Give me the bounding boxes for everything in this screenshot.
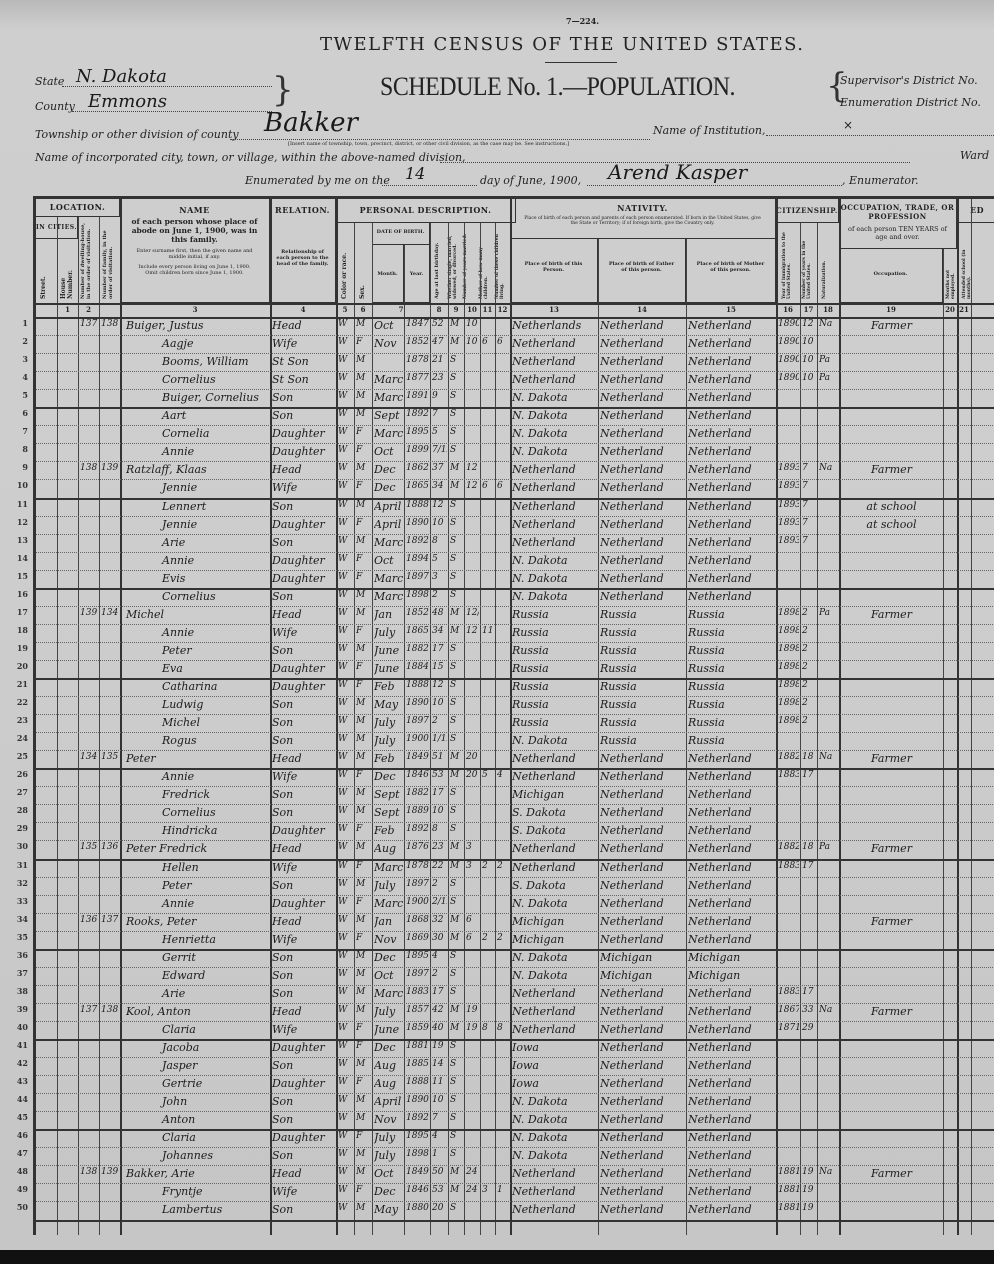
cell-pob-father: Netherland: [600, 518, 685, 531]
cell-year: 1897: [406, 716, 429, 726]
table-row[interactable]: AnnieDaughterWFOct18945SN. DakotaNetherl…: [36, 552, 994, 570]
cell-pob-mother: Netherland: [688, 319, 775, 332]
cell-sex: M: [356, 806, 371, 816]
cell-name: Buiger, Cornelius: [122, 391, 269, 404]
cell-marital: S: [450, 391, 463, 401]
table-row[interactable]: PeterSonWMJune188217SRussiaRussiaRussia1…: [36, 642, 994, 660]
table-row[interactable]: JennieWifeWFDec186534M1266NetherlandNeth…: [36, 479, 994, 497]
cell-year: 1859: [406, 1023, 429, 1033]
line-number: 37: [8, 968, 28, 978]
table-row[interactable]: Buiger, CorneliusSonWMMarch18919SN. Dako…: [36, 389, 994, 407]
cell-year: 1846: [406, 770, 429, 780]
column-number: 4: [270, 305, 336, 314]
header-occupation: OCCUPATION, TRADE, OR PROFESSION of each…: [839, 199, 957, 249]
cell-color: W: [338, 1095, 353, 1105]
cell-natur: Pa: [819, 842, 838, 852]
cell-age: 21: [432, 355, 447, 365]
cell-pob: Russia: [512, 608, 597, 621]
cell-year: 1895: [406, 427, 429, 437]
cell-natur: Na: [819, 1005, 838, 1015]
line-number: 38: [8, 986, 28, 996]
table-row[interactable]: LambertusSonWMMay188020SNetherlandNether…: [36, 1201, 994, 1219]
cell-pob-mother: Michigan: [688, 951, 775, 964]
cell-relation: Head: [272, 842, 335, 855]
cell-mother-of: 2: [482, 933, 494, 943]
day-label: day of June, 1900,: [480, 174, 581, 187]
township-value: Bakker: [264, 108, 358, 138]
cell-relation: Son: [272, 1149, 335, 1162]
cell-sex: M: [356, 1113, 371, 1123]
cell-pob-father: Netherland: [600, 1203, 685, 1216]
cell-age: 10: [432, 518, 447, 528]
line-number: 7: [8, 426, 28, 436]
line-number: 3: [8, 354, 28, 364]
cell-age: 4: [432, 1131, 447, 1141]
cell-age: 3: [432, 572, 447, 582]
table-row[interactable]: PeterSonWMJuly18972SS. DakotaNetherlandN…: [36, 877, 994, 895]
cell-marital: S: [450, 987, 463, 997]
cell-dwelling: 137: [80, 1005, 98, 1015]
line-number: 2: [8, 336, 28, 346]
cell-pob: N. Dakota: [512, 734, 597, 747]
cell-immig: 1893: [778, 500, 799, 510]
cell-month: Jan: [374, 608, 403, 621]
header-months-unemployed: Months not employed.: [946, 251, 956, 299]
line-number: 28: [8, 805, 28, 815]
table-row[interactable]: HellenWifeWFMarch187822M322NetherlandNet…: [36, 859, 994, 877]
cell-marital: S: [450, 680, 463, 690]
cell-pob: Russia: [512, 662, 597, 675]
line-number: 23: [8, 715, 28, 725]
table-row[interactable]: Booms, WilliamSt SonWM187821SNetherlandN…: [36, 353, 994, 371]
cell-color: W: [338, 1131, 353, 1141]
table-row[interactable]: 134135PeterHeadWMFeb184951M20NetherlandN…: [36, 750, 994, 768]
cell-color: W: [338, 698, 353, 708]
table-row[interactable]: 138139Ratzlaff, KlaasHeadWMDec186237M12N…: [36, 461, 994, 479]
column-number: 1: [57, 305, 78, 314]
cell-marital: M: [450, 861, 463, 871]
cell-age: 19: [432, 1041, 447, 1051]
header-house-number: House Number.: [60, 249, 74, 299]
cell-relation: Daughter: [272, 1131, 335, 1144]
cell-age: 10: [432, 698, 447, 708]
header-color: Color or race.: [341, 239, 348, 299]
cell-relation: Wife: [272, 481, 335, 494]
header-name: NAME of each person whose place of abode…: [120, 199, 270, 303]
cell-name: Arie: [122, 987, 269, 1000]
cell-immig: 1893: [778, 536, 799, 546]
table-row[interactable]: ClariaWifeWFJune185940M1988NetherlandNet…: [36, 1021, 994, 1039]
cell-name: Buiger, Justus: [122, 319, 269, 332]
cell-age: 40: [432, 1023, 447, 1033]
cell-age: 2: [432, 879, 447, 889]
cell-name: John: [122, 1095, 269, 1108]
cell-living: 6: [497, 337, 509, 347]
cell-pob-father: Netherland: [600, 445, 685, 458]
cell-pob-mother: Russia: [688, 716, 775, 729]
cell-marital: M: [450, 463, 463, 473]
cell-yrs-us: 2: [802, 608, 816, 618]
cell-pob-mother: Russia: [688, 626, 775, 639]
table-row[interactable]: CatharinaDaughterWFFeb188812SRussiaRussi…: [36, 678, 994, 696]
line-number: 19: [8, 643, 28, 653]
table-row[interactable]: ClariaDaughterWFJuly18954SN. DakotaNethe…: [36, 1129, 994, 1147]
cell-sex: M: [356, 915, 371, 925]
table-row[interactable]: FredrickSonWMSept188217SMichiganNetherla…: [36, 786, 994, 804]
cell-relation: Daughter: [272, 445, 335, 458]
cell-pob-mother: Netherland: [688, 427, 775, 440]
cell-pob: Russia: [512, 716, 597, 729]
cell-marital: S: [450, 897, 463, 907]
cell-pob-mother: Netherland: [688, 1167, 775, 1180]
cell-year: 1890: [406, 518, 429, 528]
cell-pob: Russia: [512, 680, 597, 693]
cell-mother-of: 2: [482, 861, 494, 871]
enumerated-day: 14: [405, 164, 425, 183]
cell-color: W: [338, 1185, 353, 1195]
cell-name: Kool, Anton: [122, 1005, 269, 1018]
cell-marital: S: [450, 1041, 463, 1051]
cell-name: Fredrick: [122, 788, 269, 801]
cell-marital: M: [450, 752, 463, 762]
line-number: 16: [8, 589, 28, 599]
cell-living: 2: [497, 861, 509, 871]
enumerator-line: [587, 185, 842, 186]
cell-relation: Son: [272, 969, 335, 982]
cell-color: W: [338, 427, 353, 437]
cell-dwelling: 134: [80, 752, 98, 762]
cell-age: 17: [432, 987, 447, 997]
table-row[interactable]: HenriettaWifeWFNov186930M622MichiganNeth…: [36, 931, 994, 949]
cell-occupation: Farmer: [841, 915, 942, 928]
cell-yrs-married: 24: [466, 1185, 479, 1195]
cell-pob-mother: Netherland: [688, 590, 775, 603]
line-number: 14: [8, 553, 28, 563]
cell-name: Cornelia: [122, 427, 269, 440]
cell-pob-mother: Netherland: [688, 770, 775, 783]
cell-month: March: [374, 373, 403, 386]
cell-color: W: [338, 1203, 353, 1213]
cell-yrs-us: 2: [802, 716, 816, 726]
cell-pob: N. Dakota: [512, 391, 597, 404]
cell-name: Jennie: [122, 518, 269, 531]
cell-pob: Netherland: [512, 1167, 597, 1180]
cell-sex: F: [356, 770, 371, 780]
cell-family: 139: [101, 463, 119, 473]
cell-year: 1849: [406, 1167, 429, 1177]
table-row[interactable]: EvisDaughterWFMarch18973SN. DakotaNether…: [36, 570, 994, 588]
cell-sex: M: [356, 463, 371, 473]
table-row[interactable]: AnnieDaughterWFOct18997/12SN. DakotaNeth…: [36, 443, 994, 461]
cell-month: Dec: [374, 481, 403, 494]
table-row[interactable]: ArieSonWMMarch188317SNetherlandNetherlan…: [36, 985, 994, 1003]
header-citizenship: CITIZENSHIP.: [776, 199, 839, 223]
cell-pob: Netherland: [512, 481, 597, 494]
cell-sex: M: [356, 879, 371, 889]
cell-year: 1883: [406, 987, 429, 997]
cell-sex: M: [356, 1059, 371, 1069]
table-row[interactable]: AnnieWifeWFDec184653M2054NetherlandNethe…: [36, 768, 994, 786]
cell-pob: N. Dakota: [512, 1131, 597, 1144]
cell-pob-mother: Netherland: [688, 500, 775, 513]
cell-living: 6: [497, 481, 509, 491]
table-row[interactable]: RogusSonWMJuly19001/12SN. DakotaRussiaRu…: [36, 732, 994, 750]
cell-month: Dec: [374, 463, 403, 476]
cell-relation: Head: [272, 752, 335, 765]
cell-month: Nov: [374, 933, 403, 946]
table-row[interactable]: GertrieDaughterWFAug188811SIowaNetherlan…: [36, 1075, 994, 1093]
cell-marital: S: [450, 1077, 463, 1087]
cell-color: W: [338, 734, 353, 744]
cell-pob-father: Netherland: [600, 788, 685, 801]
cell-natur: Na: [819, 752, 838, 762]
cell-pob-father: Russia: [600, 644, 685, 657]
cell-pob-mother: Netherland: [688, 355, 775, 368]
cell-pob-mother: Netherland: [688, 1023, 775, 1036]
table-row[interactable]: 139134MichelHeadWMJan185248M12/20RussiaR…: [36, 606, 994, 624]
column-number: 18: [817, 305, 839, 314]
header-family-number: Number of family, in the order of visita…: [102, 219, 114, 299]
cell-living: 2: [497, 933, 509, 943]
table-row[interactable]: JennieDaughterWFApril189010SNetherlandNe…: [36, 516, 994, 534]
cell-sex: F: [356, 337, 371, 347]
cell-age: 53: [432, 770, 447, 780]
cell-sex: F: [356, 1185, 371, 1195]
cell-occupation: Farmer: [841, 1005, 942, 1018]
cell-relation: Daughter: [272, 1041, 335, 1054]
cell-yrs-married: 19: [466, 1023, 479, 1033]
cell-immig: 1898: [778, 626, 799, 636]
cell-sex: M: [356, 355, 371, 365]
cell-pob: Iowa: [512, 1077, 597, 1090]
cell-family: 137: [101, 915, 119, 925]
cell-month: Dec: [374, 951, 403, 964]
cell-sex: F: [356, 445, 371, 455]
cell-name: Aart: [122, 409, 269, 422]
cell-pob-father: Netherland: [600, 355, 685, 368]
cell-month: Nov: [374, 337, 403, 350]
cell-yrs-us: 17: [802, 770, 816, 780]
cell-pob: Netherland: [512, 1023, 597, 1036]
column-number: 3: [120, 305, 270, 314]
cell-marital: S: [450, 518, 463, 528]
cell-sex: F: [356, 554, 371, 564]
cell-relation: Son: [272, 951, 335, 964]
table-row[interactable]: 137138Buiger, JustusHeadWMOct184752M10Ne…: [36, 317, 994, 335]
table-row[interactable]: AnnieWifeWFJuly186534M1211RussiaRussiaRu…: [36, 624, 994, 642]
cell-pob-mother: Michigan: [688, 969, 775, 982]
line-number: 11: [8, 499, 28, 509]
cell-yrs-us: 17: [802, 987, 816, 997]
cell-pob: Netherland: [512, 373, 597, 386]
table-row[interactable]: AagjeWifeWFNov185247M1066NetherlandNethe…: [36, 335, 994, 353]
header-date-of-birth: DATE OF BIRTH.: [372, 223, 430, 245]
table-row[interactable]: LennertSonWMApril188812SNetherlandNether…: [36, 498, 994, 516]
cell-year: 1889: [406, 806, 429, 816]
cell-age: 9: [432, 391, 447, 401]
cell-year: 1846: [406, 1185, 429, 1195]
table-row[interactable]: LudwigSonWMMay189010SRussiaRussiaRussia1…: [36, 696, 994, 714]
table-row[interactable]: CorneliusSonWMMarch18982SN. DakotaNether…: [36, 588, 994, 606]
cell-pob-father: Netherland: [600, 824, 685, 837]
cell-name: Lambertus: [122, 1203, 269, 1216]
cell-sex: M: [356, 373, 371, 383]
cell-year: 1897: [406, 572, 429, 582]
table-row[interactable]: AartSonWMSept18927SN. DakotaNetherlandNe…: [36, 407, 994, 425]
cell-marital: M: [450, 337, 463, 347]
cell-pob-father: Russia: [600, 608, 685, 621]
cell-month: July: [374, 879, 403, 892]
line-number: 49: [8, 1184, 28, 1194]
cell-year: 1881: [406, 1041, 429, 1051]
header-dwelling-number: Number of dwelling-house, in the order o…: [80, 219, 92, 299]
cell-marital: S: [450, 355, 463, 365]
cell-mother-of: 6: [482, 337, 494, 347]
cell-sex: M: [356, 536, 371, 546]
table-row[interactable]: 135136Peter FredrickHeadWMAug187623M3Net…: [36, 840, 994, 858]
line-number: 9: [8, 462, 28, 472]
cell-year: 1892: [406, 1113, 429, 1123]
cell-sex: F: [356, 1077, 371, 1087]
cell-sex: M: [356, 951, 371, 961]
cell-natur: Na: [819, 463, 838, 473]
table-row[interactable]: EdwardSonWMOct18972SN. DakotaMichiganMic…: [36, 967, 994, 985]
cell-age: 50: [432, 1167, 447, 1177]
table-row[interactable]: FryntjeWifeWFDec184653M2431NetherlandNet…: [36, 1183, 994, 1201]
cell-pob-father: Michigan: [600, 951, 685, 964]
cell-name: Jasper: [122, 1059, 269, 1072]
cell-immig: 1890: [778, 337, 799, 347]
cell-relation: Head: [272, 1167, 335, 1180]
cell-pob: N. Dakota: [512, 897, 597, 910]
line-number: 46: [8, 1130, 28, 1140]
cell-pob: N. Dakota: [512, 951, 597, 964]
cell-age: 2: [432, 590, 447, 600]
cell-yrs-us: 7: [802, 518, 816, 528]
table-row[interactable]: JacobaDaughterWFDec188119SIowaNetherland…: [36, 1039, 994, 1057]
cell-name: Annie: [122, 554, 269, 567]
supervisor-district-label: Supervisor's District No.: [840, 74, 978, 87]
table-row[interactable]: CorneliaDaughterWFMarch18955SN. DakotaNe…: [36, 425, 994, 443]
cell-name: Cornelius: [122, 590, 269, 603]
institution-mark: ×: [843, 118, 853, 132]
table-row[interactable]: EvaDaughterWFJune188415SRussiaRussiaRuss…: [36, 660, 994, 678]
cell-yrs-married: 12: [466, 481, 479, 491]
cell-pob: N. Dakota: [512, 969, 597, 982]
cell-age: 5: [432, 427, 447, 437]
cell-year: 1900: [406, 734, 429, 744]
cell-relation: Son: [272, 590, 335, 603]
table-row[interactable]: GerritSonWMDec18954SN. DakotaMichiganMic…: [36, 949, 994, 967]
population-table: LOCATION. IN CITIES. NAME of each person…: [33, 196, 994, 1235]
table-row[interactable]: HindrickaDaughterWFFeb18928SS. DakotaNet…: [36, 822, 994, 840]
state-label: State: [35, 75, 64, 88]
cell-immig: 1893: [778, 481, 799, 491]
cell-pob-father: Netherland: [600, 1185, 685, 1198]
cell-month: March: [374, 427, 403, 440]
cell-color: W: [338, 1005, 353, 1015]
table-row[interactable]: 136137Rooks, PeterHeadWMJan186832M6Michi…: [36, 913, 994, 931]
cell-marital: S: [450, 1203, 463, 1213]
cell-sex: M: [356, 698, 371, 708]
cell-immig: 1883: [778, 987, 799, 997]
cell-immig: 1898: [778, 644, 799, 654]
cell-pob-mother: Netherland: [688, 1095, 775, 1108]
cell-pob-mother: Netherland: [688, 1131, 775, 1144]
cell-month: March: [374, 590, 403, 603]
cell-pob-father: Netherland: [600, 897, 685, 910]
line-number: 20: [8, 661, 28, 671]
table-row[interactable]: 138139Bakker, ArieHeadWMOct184950M24Neth…: [36, 1165, 994, 1183]
table-row[interactable]: CorneliusSonWMSept188910SS. DakotaNether…: [36, 804, 994, 822]
cell-yrs-us: 2: [802, 644, 816, 654]
cell-relation: Son: [272, 391, 335, 404]
cell-immig: 1871: [778, 1023, 799, 1033]
table-row[interactable]: MichelSonWMJuly18972SRussiaRussiaRussia1…: [36, 714, 994, 732]
table-row[interactable]: AnnieDaughterWFMarch19002/12SN. DakotaNe…: [36, 895, 994, 913]
cell-year: 1878: [406, 355, 429, 365]
cell-color: W: [338, 554, 353, 564]
cell-year: 1888: [406, 1077, 429, 1087]
cell-sex: M: [356, 319, 371, 329]
cell-age: 34: [432, 481, 447, 491]
cell-year: 1885: [406, 1059, 429, 1069]
cell-month: July: [374, 1131, 403, 1144]
cell-color: W: [338, 337, 353, 347]
cell-family: 135: [101, 752, 119, 762]
cell-relation: Wife: [272, 770, 335, 783]
cell-immig: 1890: [778, 373, 799, 383]
cell-pob-father: Netherland: [600, 463, 685, 476]
cell-year: 1894: [406, 554, 429, 564]
cell-immig: 1883: [778, 861, 799, 871]
table-row[interactable]: JasperSonWMAug188514SIowaNetherlandNethe…: [36, 1057, 994, 1075]
cell-age: 1: [432, 1149, 447, 1159]
cell-name: Fryntje: [122, 1185, 269, 1198]
cell-yrs-married: 20: [466, 770, 479, 780]
cell-marital: S: [450, 879, 463, 889]
cell-natur: Na: [819, 1167, 838, 1177]
table-row[interactable]: JohannesSonWMJuly18981SN. DakotaNetherla…: [36, 1147, 994, 1165]
cell-pob-father: Netherland: [600, 915, 685, 928]
table-row[interactable]: CorneliusSt SonWMMarch187723SNetherlandN…: [36, 371, 994, 389]
cell-pob-mother: Netherland: [688, 933, 775, 946]
cell-marital: S: [450, 500, 463, 510]
cell-year: 1882: [406, 644, 429, 654]
cell-yrs-married: 3: [466, 861, 479, 871]
table-row[interactable]: JohnSonWMApril189010SN. DakotaNetherland…: [36, 1093, 994, 1111]
cell-pob: Netherland: [512, 355, 597, 368]
cell-pob: N. Dakota: [512, 1095, 597, 1108]
state-county-brace: }: [272, 70, 294, 110]
cell-marital: M: [450, 1005, 463, 1015]
table-row[interactable]: AntonSonWMNov18927SN. DakotaNetherlandNe…: [36, 1111, 994, 1129]
cell-yrs-us: 18: [802, 752, 816, 762]
cell-pob: N. Dakota: [512, 1113, 597, 1126]
cell-name: Peter: [122, 879, 269, 892]
state-value: N. Dakota: [76, 66, 167, 87]
cell-age: 7: [432, 1113, 447, 1123]
header-location: LOCATION.: [36, 199, 120, 217]
table-row[interactable]: ArieSonWMMarch18928SNetherlandNetherland…: [36, 534, 994, 552]
cell-marital: S: [450, 572, 463, 582]
cell-name: Johannes: [122, 1149, 269, 1162]
table-row[interactable]: 137138Kool, AntonHeadWMJuly185742M19Neth…: [36, 1003, 994, 1021]
cell-pob-mother: Netherland: [688, 861, 775, 874]
line-number: 44: [8, 1094, 28, 1104]
cell-year: 1892: [406, 409, 429, 419]
cell-sex: M: [356, 391, 371, 401]
